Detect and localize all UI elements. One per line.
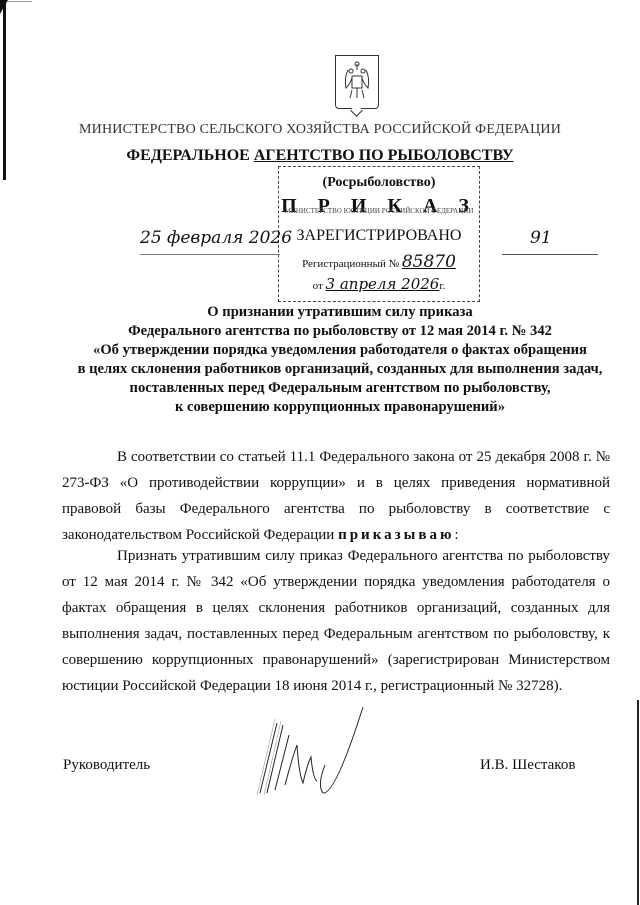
- reg-number-value: 85870: [402, 252, 456, 272]
- coat-of-arms-icon: [335, 55, 379, 109]
- reg-date-label: от: [313, 280, 323, 292]
- scan-edge-right: [637, 700, 639, 905]
- title-line: к совершению коррупционных правонарушени…: [40, 398, 640, 417]
- order-number: 91: [530, 228, 552, 248]
- order-command: приказываю: [338, 527, 454, 543]
- preamble-paragraph: В соответствии со статьей 11.1 Федеральн…: [62, 444, 610, 548]
- scan-edge-top: [8, 1, 32, 2]
- title-line: О признании утратившим силу приказа: [40, 303, 640, 322]
- order-date-underline: [140, 254, 280, 255]
- title-line: «Об утверждении порядка уведомления рабо…: [40, 341, 640, 360]
- ministry-heading: МИНИСТЕРСТВО СЕЛЬСКОГО ХОЗЯЙСТВА РОССИЙС…: [0, 122, 640, 138]
- stamp-ministry-line: МИНИСТЕРСТВО ЮСТИЦИИ РОССИЙСКОЙ ФЕДЕРАЦИ…: [279, 207, 479, 215]
- reg-date-suffix: г.: [439, 280, 445, 292]
- handwritten-signature-icon: [255, 705, 365, 805]
- agency-short-name: (Росрыболовство): [279, 175, 479, 191]
- signatory-position: Руководитель: [63, 757, 150, 774]
- signatory-name: И.В. Шестаков: [480, 757, 575, 774]
- preamble-text: В соответствии со статьей 11.1 Федеральн…: [62, 449, 610, 543]
- document-title: О признании утратившим силу приказа Феде…: [40, 303, 640, 417]
- stamp-reg-number-line: Регистрационный № 85870: [279, 252, 479, 272]
- stamp-registered: ЗАРЕГИСТРИРОВАНО: [279, 227, 479, 245]
- agency-name-underlined: АГЕНТСТВО ПО РЫБОЛОВСТВУ: [254, 147, 514, 164]
- preamble-end: :: [454, 527, 458, 543]
- agency-heading: ФЕДЕРАЛЬНОЕ АГЕНТСТВО ПО РЫБОЛОВСТВУ: [0, 147, 640, 165]
- resolution-paragraph: Признать утратившим силу приказ Федераль…: [62, 543, 610, 699]
- reg-number-label: Регистрационный №: [302, 258, 399, 270]
- agency-prefix: ФЕДЕРАЛЬНОЕ: [126, 147, 253, 164]
- order-number-underline: [502, 254, 598, 255]
- registration-stamp: (Росрыболовство) П Р И К А З МИНИСТЕРСТВ…: [278, 166, 480, 302]
- reg-date-value: 3 апреля 2026: [326, 275, 440, 293]
- title-line: в целях склонения работников организаций…: [40, 360, 640, 379]
- title-line: поставленных перед Федеральным агентство…: [40, 379, 640, 398]
- order-date: 25 февраля 2026: [140, 228, 292, 248]
- title-line: Федерального агентства по рыболовству от…: [40, 322, 640, 341]
- stamp-reg-date-line: от 3 апреля 2026г.: [279, 275, 479, 293]
